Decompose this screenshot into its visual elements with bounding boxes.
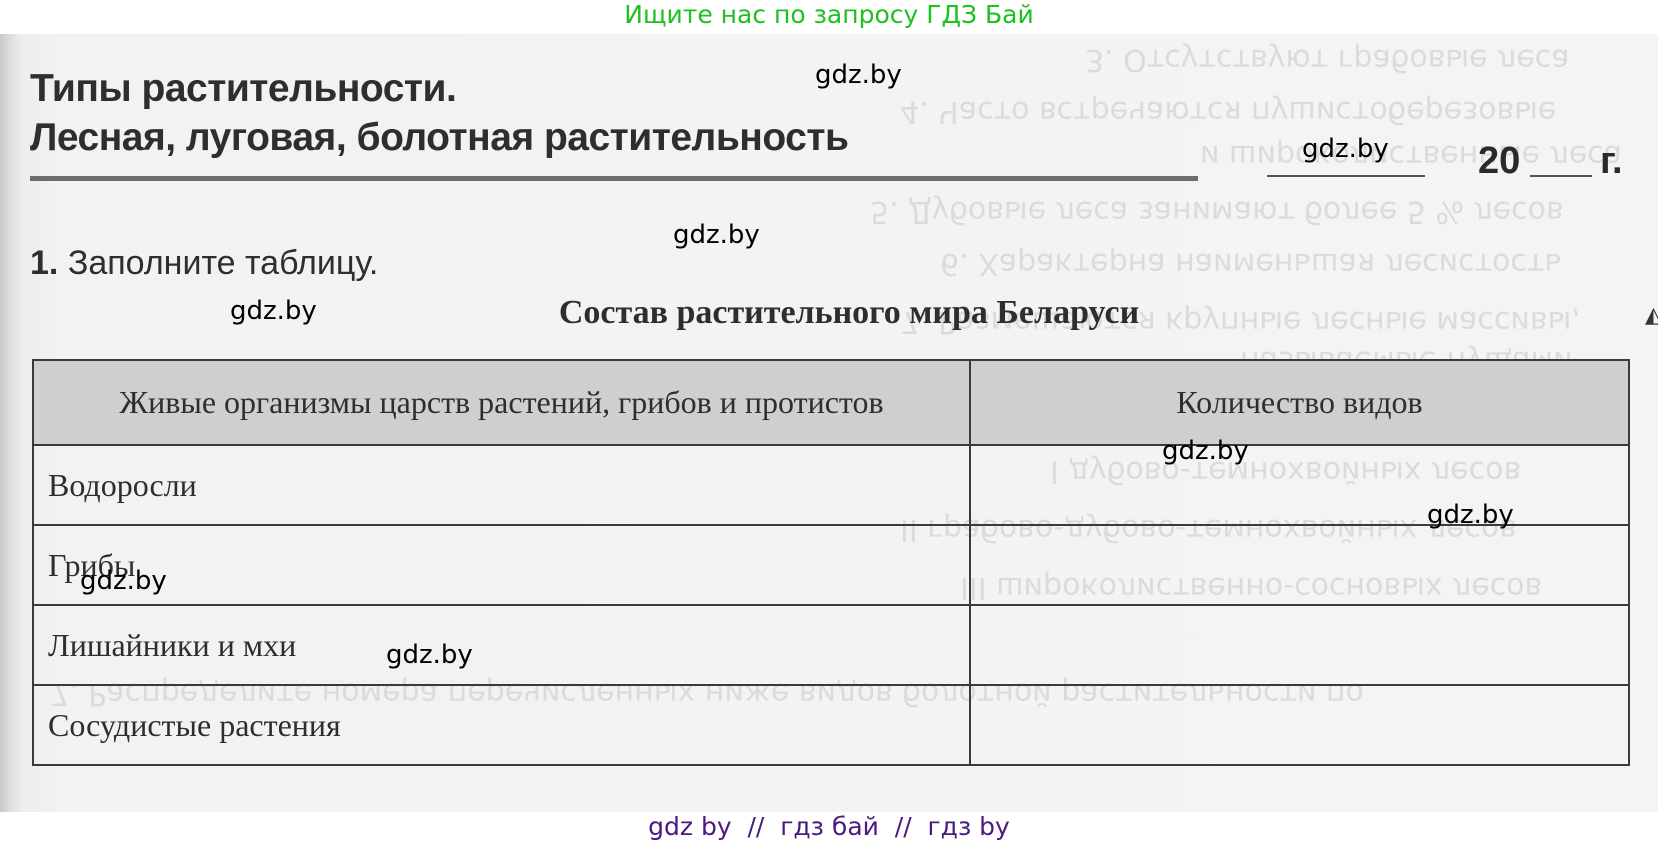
species-count-cell[interactable] xyxy=(970,445,1629,525)
bleed-through-text: 6. Характерна наименьшая лесистость xyxy=(940,246,1562,281)
bleed-through-text: 4. Часто встречаются пушистоберезовые xyxy=(900,94,1556,129)
bleed-through-text: и широколиственные леса xyxy=(1200,138,1622,173)
date-suffix: г. xyxy=(1600,140,1623,183)
task-number: 1. xyxy=(30,244,58,282)
date-year-prefix: 20 xyxy=(1478,140,1520,183)
column-header-organisms: Живые организмы царств растений, грибов … xyxy=(33,360,970,445)
row-label-fungi: Грибы xyxy=(33,525,970,605)
row-label-lichens-mosses: Лишайники и мхи xyxy=(33,605,970,685)
table-row: Сосудистые растения xyxy=(33,685,1629,765)
row-label-algae: Водоросли xyxy=(33,445,970,525)
page-title-line-2: Лесная, луговая, болотная растительность xyxy=(30,116,848,160)
date-blank-field[interactable] xyxy=(1267,175,1425,177)
species-count-cell[interactable] xyxy=(970,605,1629,685)
species-count-cell[interactable] xyxy=(970,685,1629,765)
title-underline xyxy=(30,176,1198,181)
species-table: Живые организмы царств растений, грибов … xyxy=(32,359,1630,766)
table-header-row: Живые организмы царств растений, грибов … xyxy=(33,360,1629,445)
page-corner-icon: ◭ xyxy=(1645,302,1658,328)
watermark: gdz.by xyxy=(1162,436,1249,466)
watermark: gdz.by xyxy=(673,220,760,250)
species-count-cell[interactable] xyxy=(970,525,1629,605)
table-row: Лишайники и мхи xyxy=(33,605,1629,685)
task-heading: 1. Заполните таблицу. xyxy=(30,244,378,283)
table-row: Водоросли xyxy=(33,445,1629,525)
bottom-banner: gdz by // гдз бай // гдз by xyxy=(0,812,1658,847)
date-year-blank-field[interactable] xyxy=(1530,175,1592,177)
bleed-through-text: 5. Дубовые леса занимают более 5 % лесов xyxy=(870,194,1564,229)
bleed-through-text: 3. Отсутствуют грабовые леса xyxy=(1085,42,1570,77)
top-banner: Ищите нас по запросу ГДЗ Бай xyxy=(0,0,1658,34)
page-title-line-1: Типы растительности. xyxy=(30,67,456,111)
workbook-page: 3. Отсутствуют грабовые леса 4. Часто вс… xyxy=(0,34,1658,812)
watermark: gdz.by xyxy=(80,566,167,596)
watermark: gdz.by xyxy=(230,296,317,326)
column-header-species-count: Количество видов xyxy=(970,360,1629,445)
watermark: gdz.by xyxy=(1427,500,1514,530)
task-text: Заполните таблицу. xyxy=(68,244,379,282)
row-label-vascular-plants: Сосудистые растения xyxy=(33,685,970,765)
watermark: gdz.by xyxy=(815,60,902,90)
watermark: gdz.by xyxy=(1302,134,1389,164)
watermark: gdz.by xyxy=(386,640,473,670)
table-row: Грибы xyxy=(33,525,1629,605)
